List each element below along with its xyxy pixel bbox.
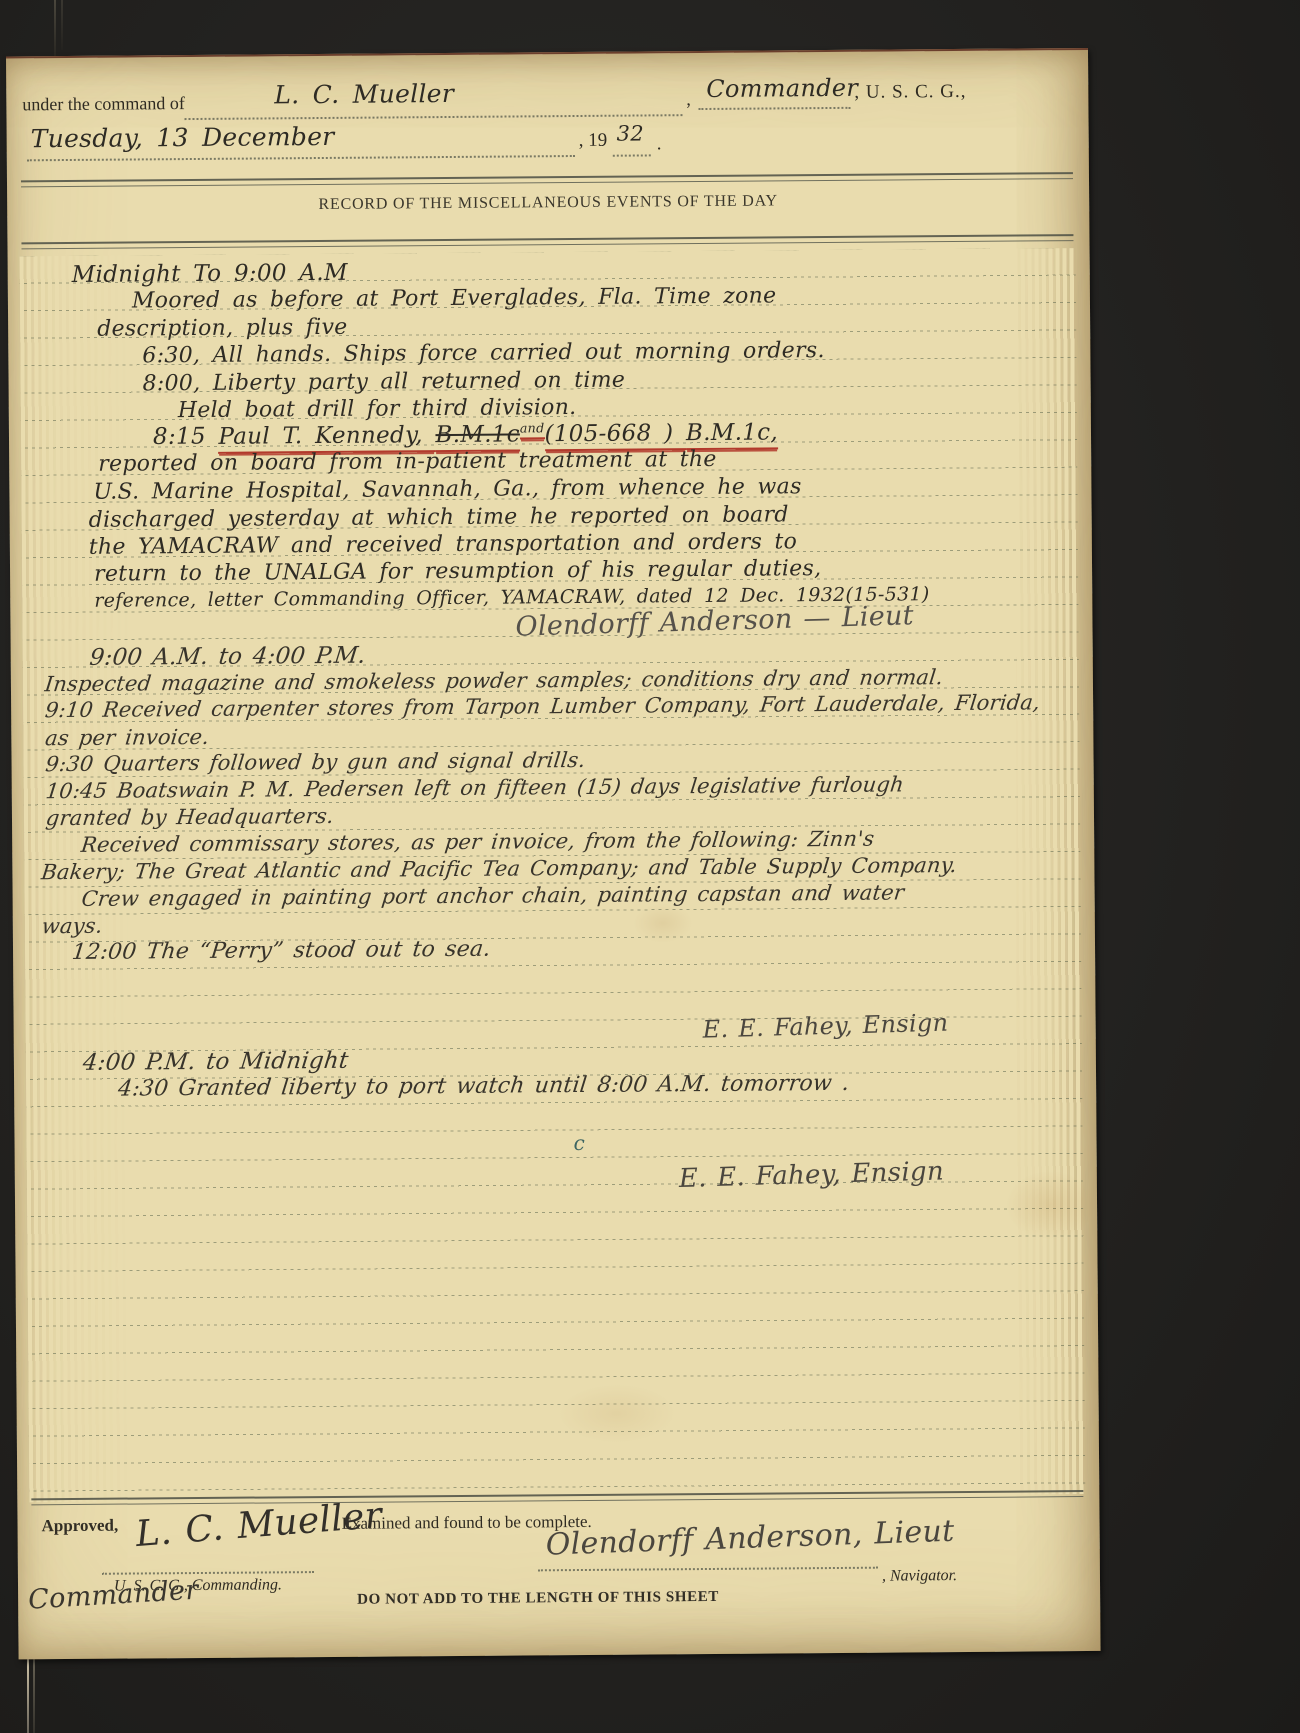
handwritten-line: description, plus five xyxy=(97,315,348,342)
commander-name-handwritten: L. C. Mueller xyxy=(274,79,454,109)
handwritten-line: 9:30 Quarters followed by gun and signal… xyxy=(44,748,587,776)
command-label: under the command of xyxy=(22,93,185,115)
commander-handwritten: Commander xyxy=(27,1575,199,1616)
navigator-signature: Olendorff Anderson, Lieut xyxy=(545,1514,955,1563)
handwritten-line: 12:00 The “Perry” stood out to sea. xyxy=(71,937,492,965)
handwritten-line: 6:30, All hands. Ships force carried out… xyxy=(142,338,825,368)
page-edge-below xyxy=(27,1652,29,1733)
binding-crease xyxy=(54,0,56,62)
commander-rank-handwritten: Commander xyxy=(706,74,858,103)
horizontal-rule xyxy=(21,172,1073,187)
year-handwritten: 32 xyxy=(617,121,645,145)
comma: , xyxy=(686,89,691,110)
handwritten-line: 8:15 Paul T. Kennedy, B.M.1cand(105-668 … xyxy=(153,418,778,450)
dotted-rule xyxy=(102,1570,314,1575)
handwritten-line: Held boat drill for third division. xyxy=(178,395,577,423)
handwritten-line: Midnight To 9:00 A.M xyxy=(72,260,348,288)
dotted-rule xyxy=(27,154,575,161)
ink-mark: c xyxy=(573,1131,584,1155)
handwritten-line: granted by Headquarters. xyxy=(45,804,336,830)
binding-crease xyxy=(61,0,63,50)
handwritten-entries: Midnight To 9:00 A.MMoored as before at … xyxy=(6,50,1088,58)
dotted-rule xyxy=(184,113,682,120)
handwritten-line: 9:00 A.M. to 4:00 P.M. xyxy=(88,643,367,671)
handwritten-line: 4:00 P.M. to Midnight xyxy=(81,1048,349,1076)
do-not-add-warning: DO NOT ADD TO THE LENGTH OF THIS SHEET xyxy=(357,1589,719,1609)
page-edge-below xyxy=(33,1652,35,1733)
year-printed: , 19 xyxy=(579,130,608,152)
period: . xyxy=(657,133,662,155)
dotted-rule xyxy=(698,106,850,110)
service-suffix: , U. S. C. G., xyxy=(854,81,966,104)
dotted-rule xyxy=(613,153,651,156)
handwritten-line: as per invoice. xyxy=(44,725,211,750)
handwritten-line: Moored as before at Port Everglades, Fla… xyxy=(132,283,777,313)
approved-label: Approved, xyxy=(41,1516,118,1537)
dotted-rule xyxy=(538,1566,878,1572)
log-page: under the command of L. C. Mueller , Com… xyxy=(6,48,1101,1659)
section-title: RECORD OF THE MISCELLANEOUS EVENTS OF TH… xyxy=(7,190,1089,216)
navigator-label: , Navigator. xyxy=(882,1567,957,1586)
date-handwritten: Tuesday, 13 December xyxy=(31,122,335,153)
handwritten-line: reported on board from in-patient treatm… xyxy=(98,447,717,477)
handwritten-line: 8:00, Liberty party all returned on time xyxy=(142,368,625,397)
horizontal-rule xyxy=(21,234,1073,249)
handwritten-line: ways. xyxy=(40,914,104,939)
